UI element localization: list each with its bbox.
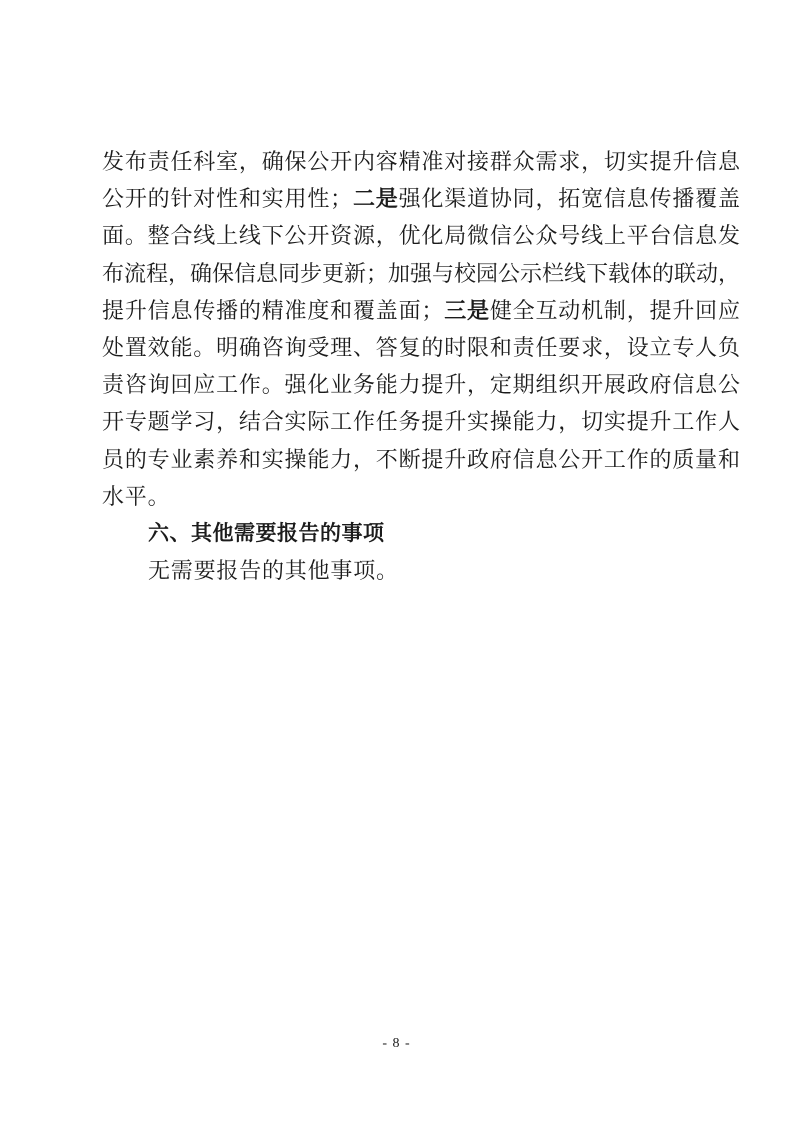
- paragraph-line: 布流程，确保信息同步更新；加强与校园公示栏线下载体的联动，: [102, 255, 740, 292]
- paragraph-line: 水平。: [102, 478, 740, 515]
- text-run: 发布责任科室，确保公开内容精准对接群众需求，切实提升信息: [102, 149, 740, 174]
- text-run: 公开的针对性和实用性；: [102, 186, 352, 211]
- text-run: 三是: [443, 298, 489, 323]
- text-run: 处置效能。明确咨询受理、答复的时限和责任要求，设立专人负: [102, 335, 740, 360]
- closing-paragraph: 无需要报告的其他事项。: [102, 552, 740, 589]
- text-run: 责咨询回应工作。强化业务能力提升，定期组织开展政府信息公: [102, 372, 740, 397]
- paragraph-line: 公开的针对性和实用性；二是强化渠道协同，拓宽信息传播覆盖: [102, 180, 740, 217]
- text-run: 水平。: [102, 484, 170, 509]
- paragraph-line: 责咨询回应工作。强化业务能力提升，定期组织开展政府信息公: [102, 366, 740, 403]
- body-paragraph: 发布责任科室，确保公开内容精准对接群众需求，切实提升信息公开的针对性和实用性；二…: [102, 143, 740, 515]
- text-run: 布流程，确保信息同步更新；加强与校园公示栏线下载体的联动，: [102, 261, 740, 286]
- paragraph-line: 面。整合线上线下公开资源，优化局微信公众号线上平台信息发: [102, 217, 740, 254]
- paragraph-line: 发布责任科室，确保公开内容精准对接群众需求，切实提升信息: [102, 143, 740, 180]
- text-run: 提升信息传播的精准度和覆盖面；: [102, 298, 443, 323]
- text-run: 二是: [352, 186, 398, 211]
- text-run: 面。整合线上线下公开资源，优化局微信公众号线上平台信息发: [102, 223, 740, 248]
- paragraph-line: 提升信息传播的精准度和覆盖面；三是健全互动机制，提升回应: [102, 292, 740, 329]
- text-run: 健全互动机制，提升回应: [490, 298, 740, 323]
- paragraph-line: 处置效能。明确咨询受理、答复的时限和责任要求，设立专人负: [102, 329, 740, 366]
- text-run: 员的专业素养和实操能力，不断提升政府信息公开工作的质量和: [102, 447, 740, 472]
- text-run: 强化渠道协同，拓宽信息传播覆盖: [399, 186, 740, 211]
- section-heading: 六、其他需要报告的事项: [102, 515, 740, 552]
- document-body: 发布责任科室，确保公开内容精准对接群众需求，切实提升信息公开的针对性和实用性；二…: [102, 143, 740, 589]
- document-page: 发布责任科室，确保公开内容精准对接群众需求，切实提升信息公开的针对性和实用性；二…: [0, 0, 793, 1122]
- page-number: - 8 -: [0, 1036, 793, 1052]
- paragraph-line: 开专题学习，结合实际工作任务提升实操能力，切实提升工作人: [102, 403, 740, 440]
- paragraph-line: 员的专业素养和实操能力，不断提升政府信息公开工作的质量和: [102, 441, 740, 478]
- text-run: 开专题学习，结合实际工作任务提升实操能力，切实提升工作人: [102, 409, 740, 434]
